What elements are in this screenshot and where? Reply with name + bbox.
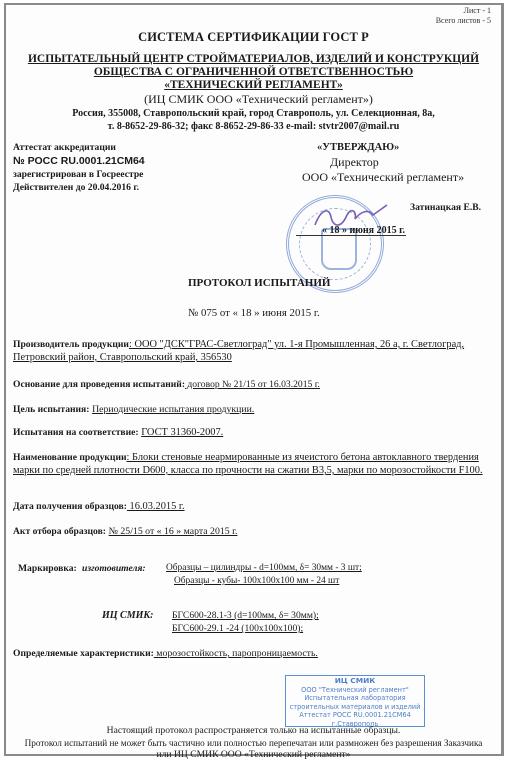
footer-line2: Протокол испытаний не может быть частичн… — [6, 737, 501, 749]
footer-line1: Настоящий протокол распространяется толь… — [6, 725, 501, 737]
received-date-label: Дата получения образцов: — [13, 501, 127, 512]
sampling-act-label: Акт отбора образцов: — [13, 526, 106, 537]
lab-stamp-line4: строительных материалов и изделий — [286, 703, 424, 712]
purpose-field: Цель испытания: Периодические испытания … — [13, 403, 491, 416]
sampling-act-value: № 25/15 от « 16 » марта 2015 г. — [109, 526, 238, 537]
marking-maker-label: изготовителя: — [82, 563, 146, 574]
accreditation-registered: зарегистрирован в Госреестре — [13, 169, 143, 180]
certification-system-title: СИСТЕМА СЕРТИФИКАЦИИ ГОСТ Р — [6, 30, 501, 45]
received-date-field: Дата получения образцов: 16.03.2015 г. — [13, 500, 491, 513]
approval-date: « 18 » июня 2015 г. — [322, 225, 405, 236]
basis-label: Основание для проведения испытаний: — [13, 379, 185, 390]
characteristics-label: Определяемые характеристики: — [13, 648, 154, 659]
footer-line3: или ИЦ СМИК ООО «Технический регламент» — [6, 749, 501, 761]
approval-title: «УТВЕРЖДАЮ» — [317, 142, 399, 153]
basis-field: Основание для проведения испытаний: дого… — [13, 378, 491, 391]
protocol-title: ПРОТОКОЛ ИСПЫТАНИЙ — [188, 277, 330, 289]
document-page: Лист - 1 Всего листов - 5 СИСТЕМА СЕРТИФ… — [4, 3, 504, 756]
conformity-field: Испытания на соответствие: ГОСТ 31360-20… — [13, 426, 491, 439]
product-field: Наименование продукции: Блоки стеновые н… — [13, 451, 491, 477]
protocol-number: № 075 от « 18 » июня 2015 г. — [188, 307, 320, 319]
approval-position: Директор — [330, 155, 379, 170]
approval-director-name: Затинацкая Е.В. — [410, 202, 481, 213]
org-name-line1: ИСПЫТАТЕЛЬНЫЙ ЦЕНТР СТРОЙМАТЕРИАЛОВ, ИЗД… — [6, 53, 501, 66]
conformity-value: ГОСТ 31360-2007. — [141, 427, 223, 438]
accreditation-valid-until: Действителен до 20.04.2016 г. — [13, 182, 139, 193]
org-name-line2: ОБЩЕСТВА С ОГРАНИЧЕННОЙ ОТВЕТСТВЕННОСТЬЮ — [6, 66, 501, 79]
marking-lab-line1: БГС600-28.1-3 (d=100мм, δ= 30мм); — [172, 610, 319, 621]
marking-lab-label: ИЦ СМИК: — [102, 610, 154, 621]
total-sheets: Всего листов - 5 — [436, 16, 491, 25]
characteristics-field: Определяемые характеристики: морозостойк… — [13, 647, 491, 660]
manufacturer-label: Производитель продукции — [13, 339, 129, 350]
sampling-act-field: Акт отбора образцов: № 25/15 от « 16 » м… — [13, 525, 491, 538]
marking-maker-line2: Образцы - кубы- 100х100х100 мм - 24 шт — [174, 576, 339, 586]
lab-stamp-line1: ИЦ СМИК — [286, 677, 424, 686]
received-date-value: 16.03.2015 г. — [127, 501, 185, 512]
marking-maker-line1: Образцы – цилиндры - d=100мм, δ= 30мм - … — [166, 563, 362, 573]
purpose-label: Цель испытания: — [13, 404, 89, 415]
lab-stamp-line3: Испытательная лаборатория — [286, 694, 424, 703]
product-label: Наименование продукции — [13, 452, 127, 463]
lab-stamp-line5: Аттестат РОСС RU.0001.21СМ64 — [286, 711, 424, 720]
marking-lab-line2: БГС600-29.1 -24 (100х100х100); — [172, 623, 303, 634]
manufacturer-field: Производитель продукции: ООО "ДСК"ГРАС-С… — [13, 338, 491, 364]
org-name-line3: «ТЕХНИЧЕСКИЙ РЕГЛАМЕНТ» — [6, 79, 501, 92]
org-address: Россия, 355008, Ставропольский край, гор… — [6, 108, 501, 119]
accreditation-label: Аттестат аккредитации — [13, 142, 116, 153]
org-short-name: (ИЦ СМИК ООО «Технический регламент») — [6, 92, 501, 107]
characteristics-value: морозостойкость, паропроницаемость. — [154, 648, 318, 659]
accreditation-number: № РОСС RU.0001.21СМ64 — [13, 155, 145, 167]
conformity-label: Испытания на соответствие: — [13, 427, 139, 438]
org-contacts: т. 8-8652-29-86-32; факс 8-8652-29-86-33… — [6, 121, 501, 132]
basis-value: договор № 21/15 от 16.03.2015 г. — [185, 379, 320, 390]
lab-stamp-line2: ООО "Технический регламент" — [286, 686, 424, 695]
lab-rectangular-stamp: ИЦ СМИК ООО "Технический регламент" Испы… — [285, 675, 425, 727]
purpose-value: Периодические испытания продукции. — [92, 404, 254, 415]
approval-company: ООО «Технический регламент» — [302, 170, 464, 185]
marking-label: Маркировка: — [18, 563, 77, 574]
sheet-number: Лист - 1 — [464, 6, 491, 15]
